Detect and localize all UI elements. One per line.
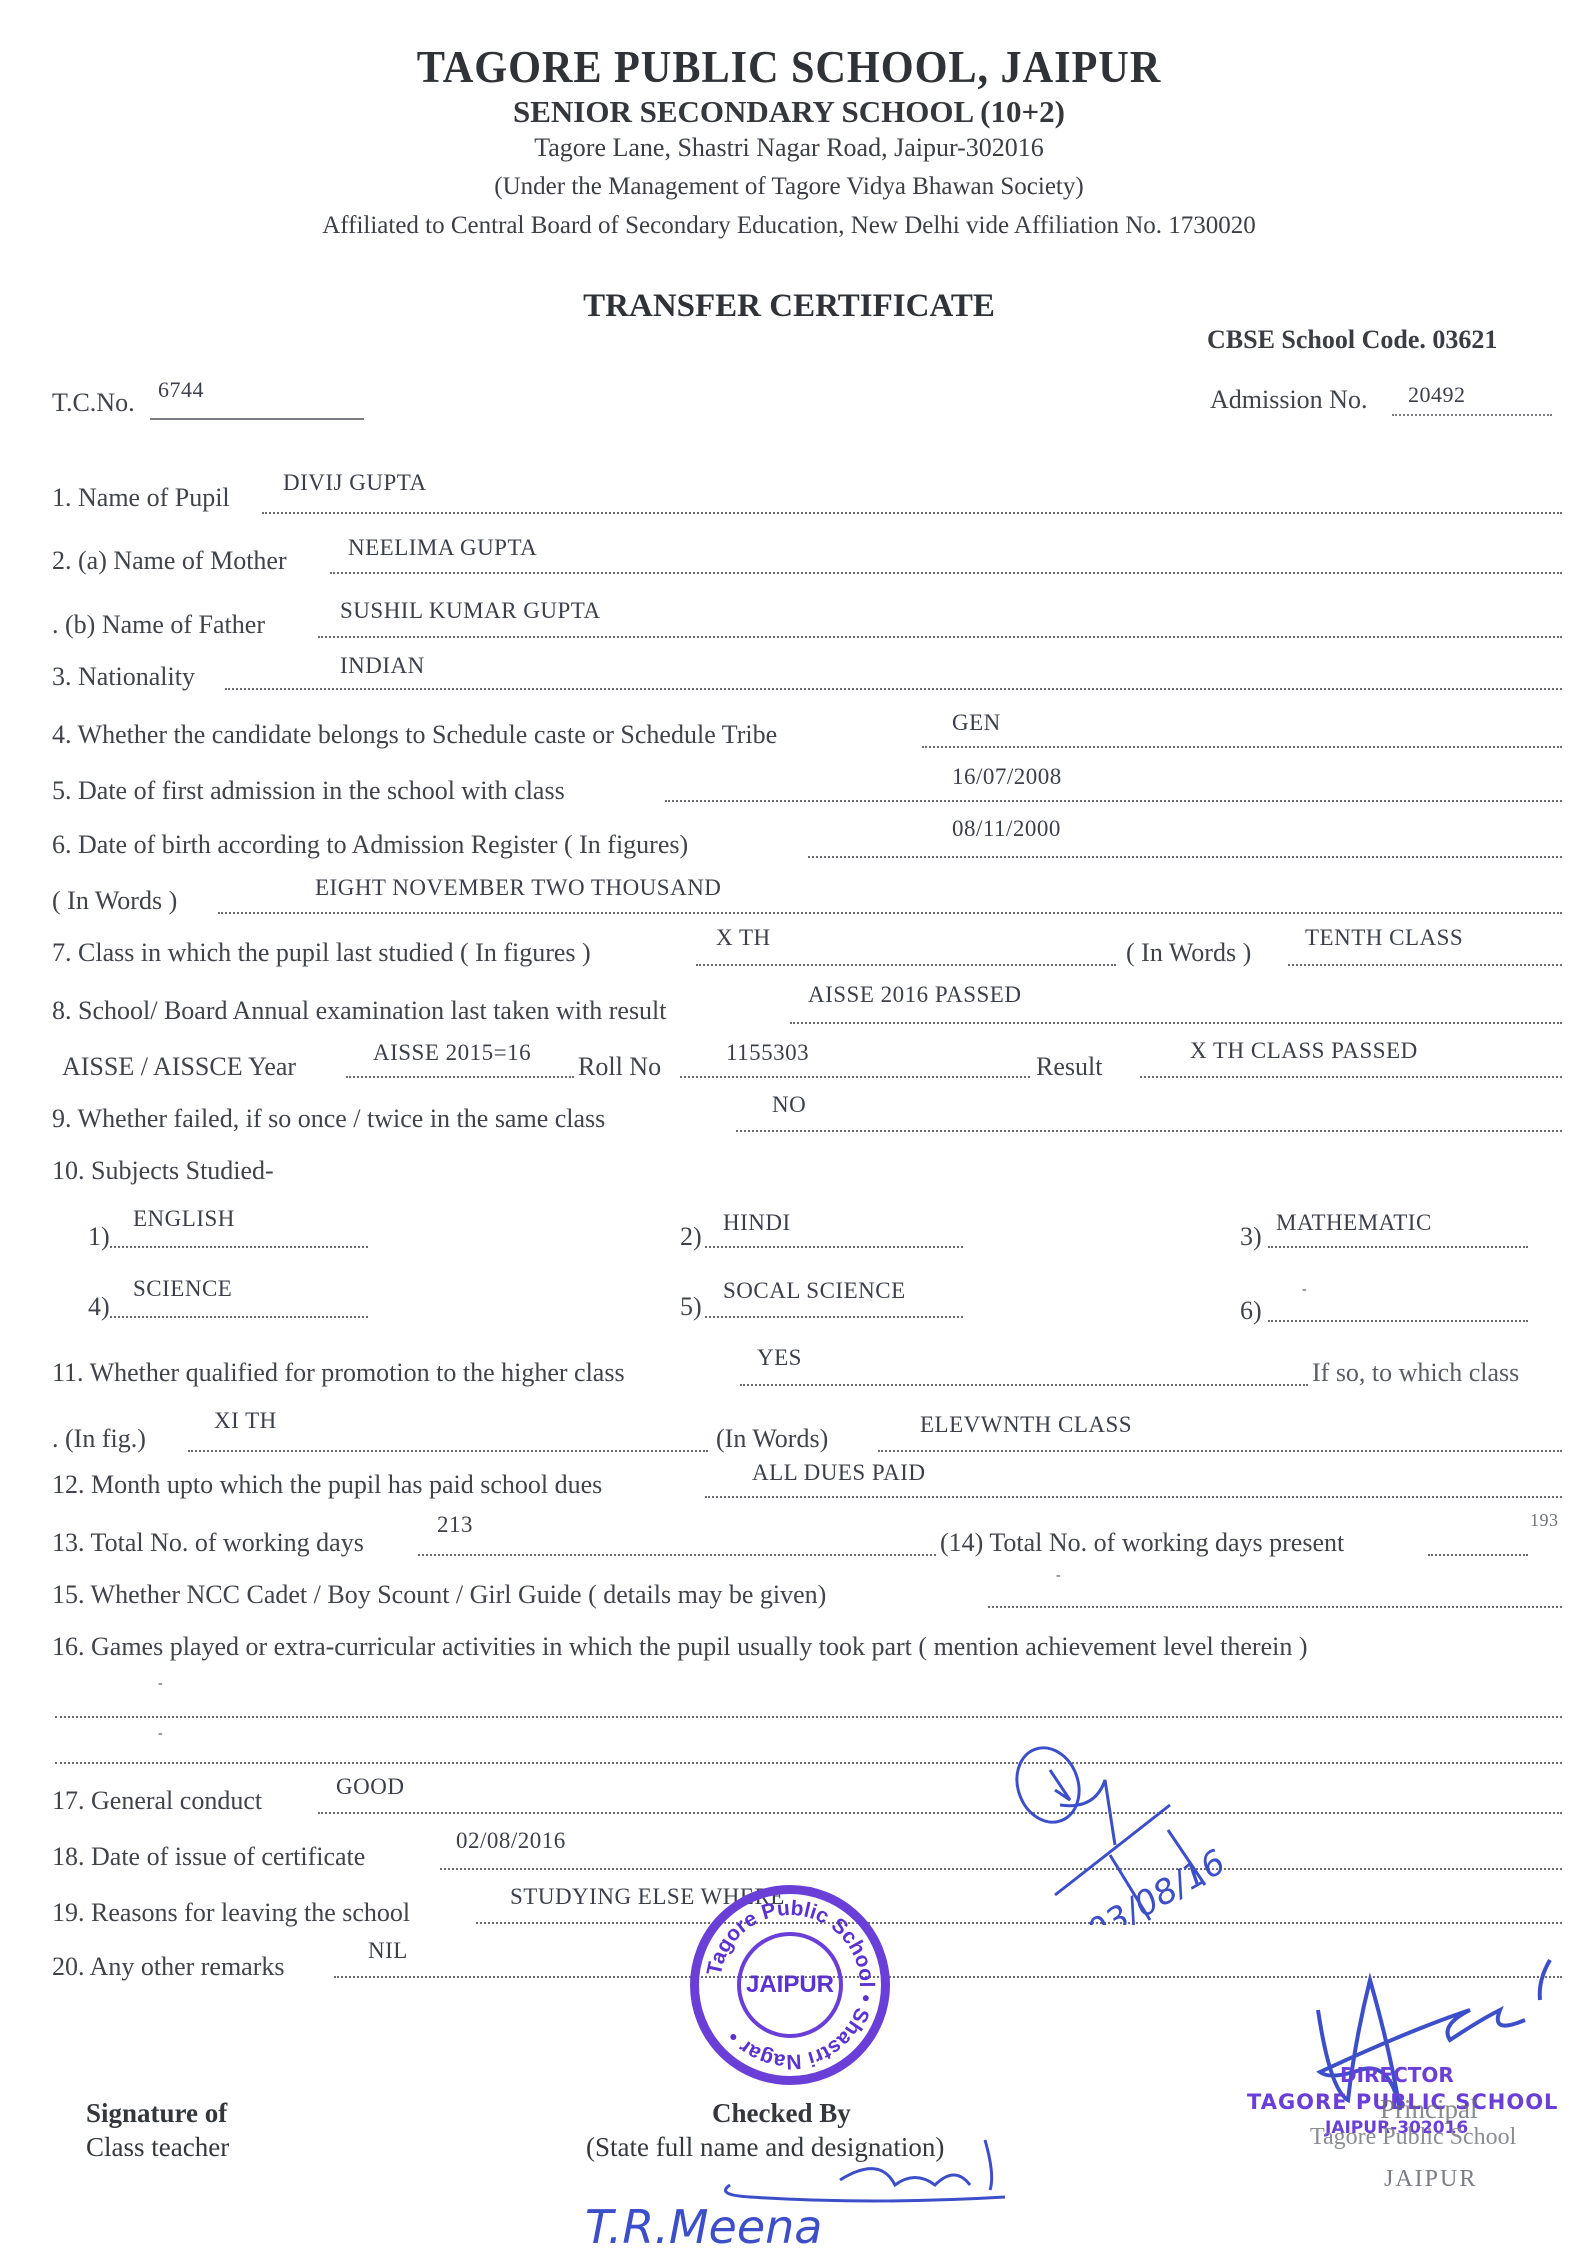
games-line1-value: - [158, 1676, 163, 1692]
checked-by-label: Checked By [712, 2098, 851, 2129]
last-exam-value: AISSE 2016 PASSED [808, 982, 1021, 1008]
admission-date-value: 16/07/2008 [952, 764, 1062, 790]
promotion-class-figures-value: XI TH [214, 1408, 277, 1434]
mother-name-value: NEELIMA GUPTA [348, 535, 537, 561]
dob-words-value: EIGHT NOVEMBER TWO THOUSAND [315, 875, 721, 901]
father-name-value: SUSHIL KUMAR GUPTA [340, 598, 601, 624]
failed-value: NO [772, 1092, 806, 1118]
caste-value: GEN [952, 710, 1001, 736]
cbse-school-code: CBSE School Code. 03621 [1207, 325, 1497, 355]
school-round-stamp: Tagore Public School • Shastri Nagar • J… [690, 1885, 890, 2085]
school-name: TAGORE PUBLIC SCHOOL, JAIPUR [63, 40, 1515, 93]
checker-name-handwritten: T.R.Meena [585, 2200, 822, 2254]
principal-title: Principal [1380, 2094, 1477, 2125]
last-class-figures-value: X TH [716, 925, 771, 951]
days-present-value: 193 [1530, 1510, 1559, 1531]
school-management: (Under the Management of Tagore Vidya Bh… [0, 173, 1578, 201]
working-days-value: 213 [437, 1512, 473, 1538]
nationality-value: INDIAN [340, 653, 425, 679]
school-affiliation: Affiliated to Central Board of Secondary… [0, 212, 1578, 240]
issue-date-value: 02/08/2016 [456, 1828, 566, 1854]
school-type: SENIOR SECONDARY SCHOOL (10+2) [0, 94, 1578, 130]
last-class-words-value: TENTH CLASS [1305, 925, 1463, 951]
dues-value: ALL DUES PAID [752, 1460, 925, 1486]
school-address: Tagore Lane, Shastri Nagar Road, Jaipur-… [0, 133, 1578, 163]
certificate-title: TRANSFER CERTIFICATE [0, 288, 1578, 325]
director-stamp-line1: DIRECTOR [1340, 2063, 1454, 2087]
admission-no-label: Admission No. [1210, 385, 1367, 415]
tc-no-label: T.C.No. [52, 388, 135, 418]
handwritten-date-text: 03/08/16 [1080, 1842, 1232, 1925]
tc-no-value: 6744 [158, 377, 204, 403]
admission-no-value: 20492 [1408, 382, 1466, 408]
class-teacher-label: Class teacher [86, 2132, 229, 2163]
exam-year-value: AISSE 2015=16 [373, 1040, 531, 1066]
conduct-value: GOOD [336, 1774, 404, 1800]
result-value: X TH CLASS PASSED [1190, 1038, 1418, 1064]
principal-school: Tagore Public School [1310, 2124, 1516, 2151]
class-teacher-signature-label: Signature of [86, 2098, 227, 2129]
stamp-center-text: JAIPUR [737, 1932, 843, 2038]
ncc-value: - [1056, 1568, 1061, 1584]
roll-no-value: 1155303 [726, 1040, 809, 1066]
promotion-value: YES [757, 1345, 802, 1371]
handwritten-date-annotation: 03/08/16 [1010, 1735, 1250, 1925]
remarks-value: NIL [368, 1938, 408, 1964]
games-line2-value: - [158, 1726, 163, 1742]
tc-no-underline [150, 418, 364, 420]
principal-city: JAIPUR [1384, 2166, 1477, 2193]
promotion-class-words-value: ELEVWNTH CLASS [920, 1412, 1132, 1438]
dob-value: 08/11/2000 [952, 816, 1061, 842]
checker-signature [720, 2135, 1020, 2205]
admission-no-underline [1392, 414, 1552, 416]
pupil-name-value: DIVIJ GUPTA [283, 470, 427, 496]
